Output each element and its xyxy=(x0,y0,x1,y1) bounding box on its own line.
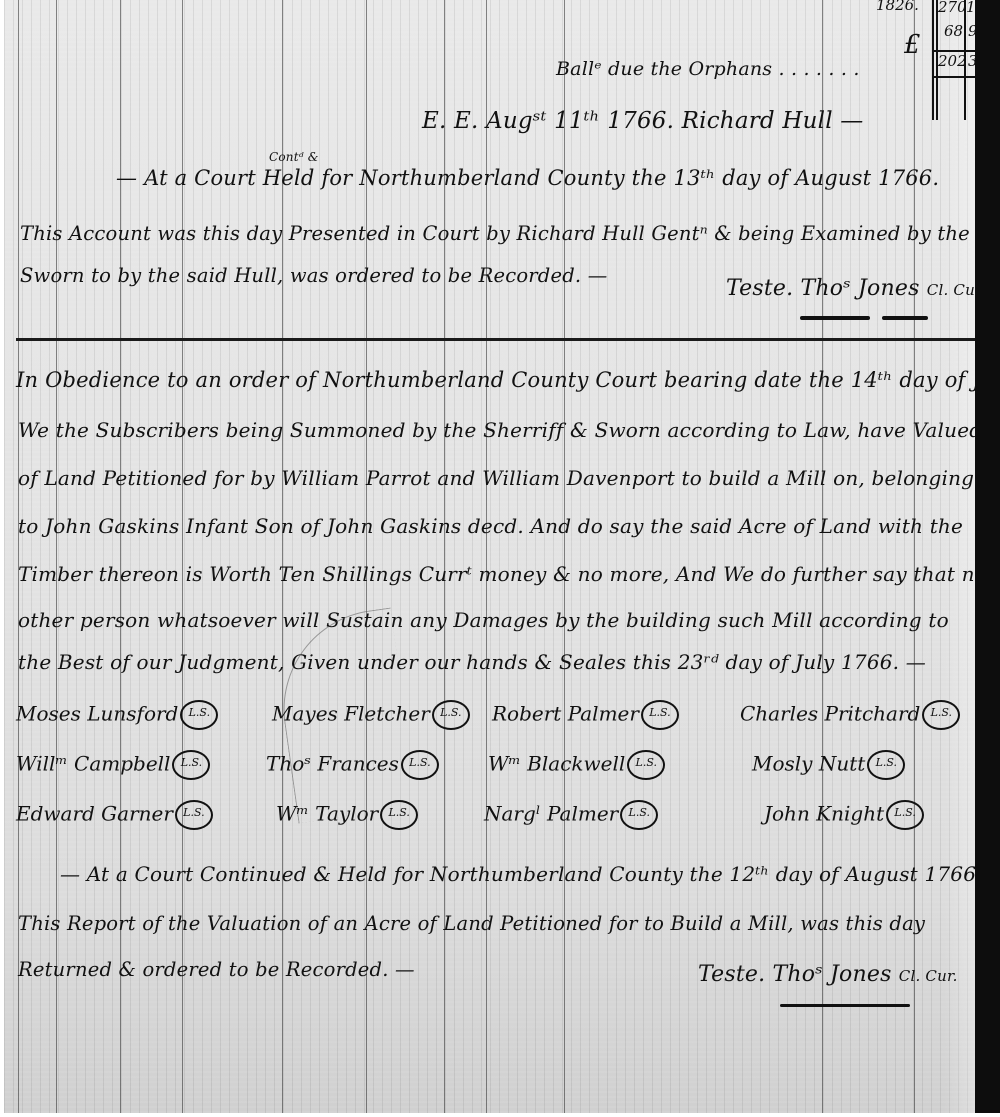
return-body-line: This Report of the Valuation of an Acre … xyxy=(18,912,925,935)
ruling-line xyxy=(56,0,57,1113)
signatory: Wᵐ TaylorL.S. xyxy=(276,800,420,830)
signatory: Mayes FletcherL.S. xyxy=(272,700,472,730)
clerk-title: Cl. Cur. xyxy=(927,281,975,299)
scan-edge xyxy=(975,0,1000,1113)
signature-flourish xyxy=(780,1004,910,1007)
seal-icon: L.S. xyxy=(886,800,924,830)
valuation-line: We the Subscribers being Summoned by the… xyxy=(18,418,975,442)
valuation-line: In Obedience to an order of Northumberla… xyxy=(16,368,975,392)
manuscript-page: 1826. 270 12 68 9 202 3 £ Ballᵉ due the … xyxy=(4,0,975,1113)
ledger-corner: 1826. 270 12 68 9 202 3 £ xyxy=(876,0,975,120)
signatory: Nargˡ PalmerL.S. xyxy=(484,800,660,830)
ledger-shillings: 3 xyxy=(968,52,975,70)
signatory: Wᵐ BlackwellL.S. xyxy=(488,750,667,780)
valuation-line: of Land Petitioned for by William Parrot… xyxy=(18,466,974,490)
clerk-title: Cl. Cur. xyxy=(899,967,958,985)
signatory: Moses LunsfordL.S. xyxy=(16,700,220,730)
signatory-row: Moses LunsfordL.S. Mayes FletcherL.S. Ro… xyxy=(4,700,975,734)
seal-icon: L.S. xyxy=(641,700,679,730)
clerk-name: Thoˢ Jones xyxy=(773,962,892,987)
court-line: — At a Court Held for Northumberland Cou… xyxy=(116,166,939,190)
account-body-line: Sworn to by the said Hull, was ordered t… xyxy=(20,264,607,287)
seal-icon: L.S. xyxy=(401,750,439,780)
teste-label: Teste. xyxy=(698,962,765,987)
ledger-shillings: 12 xyxy=(966,0,975,16)
ledger-pounds: 270 xyxy=(938,0,967,16)
pound-sign-icon: £ xyxy=(904,30,921,60)
seal-icon: L.S. xyxy=(627,750,665,780)
seal-icon: L.S. xyxy=(867,750,905,780)
signatory: Thoˢ FrancesL.S. xyxy=(266,750,441,780)
signatory: Robert PalmerL.S. xyxy=(492,700,681,730)
section-divider xyxy=(16,338,975,341)
attestation: Teste. Thoˢ Jones Cl. Cur. xyxy=(698,962,958,987)
ledger-label: 1826. xyxy=(876,0,919,14)
signatory-row: Willᵐ CampbellL.S. Thoˢ FrancesL.S. Wᵐ B… xyxy=(4,750,975,784)
signatory-row: Edward GarnerL.S. Wᵐ TaylorL.S. Nargˡ Pa… xyxy=(4,800,975,834)
account-body-line: This Account was this day Presented in C… xyxy=(20,222,975,245)
seal-icon: L.S. xyxy=(180,700,218,730)
signatory: Mosly NuttL.S. xyxy=(752,750,907,780)
seal-icon: L.S. xyxy=(172,750,210,780)
ledger-shillings: 9 xyxy=(968,22,975,40)
page-edge-highlight xyxy=(944,0,975,1113)
seal-icon: L.S. xyxy=(175,800,213,830)
balance-line: Ballᵉ due the Orphans . . . . . . . xyxy=(556,58,860,80)
seal-icon: L.S. xyxy=(380,800,418,830)
caret-note: Contᵈ & xyxy=(269,150,319,164)
seal-icon: L.S. xyxy=(432,700,470,730)
valuation-line: to John Gaskins Infant Son of John Gaski… xyxy=(18,514,963,538)
signature-flourish xyxy=(800,316,870,320)
signatory: Charles PritchardL.S. xyxy=(740,700,962,730)
ruling-line xyxy=(18,0,19,1113)
attestation: Teste. Thoˢ Jones Cl. Cur. xyxy=(726,276,975,301)
clerk-name: Thoˢ Jones xyxy=(801,276,920,301)
signed-line: E. E. Augˢᵗ 11ᵗʰ 1766. Richard Hull — xyxy=(422,108,863,134)
signature-flourish xyxy=(882,316,928,320)
return-body-line: Returned & ordered to be Recorded. — xyxy=(18,958,415,981)
signatory: John KnightL.S. xyxy=(764,800,926,830)
court-line: — At a Court Continued & Held for Northu… xyxy=(60,862,975,886)
valuation-line: the Best of our Judgment, Given under ou… xyxy=(18,650,926,674)
seal-icon: L.S. xyxy=(922,700,960,730)
ledger-pounds: 68 xyxy=(944,22,963,40)
signatory: Edward GarnerL.S. xyxy=(16,800,215,830)
valuation-line: other person whatsoever will Sustain any… xyxy=(18,608,949,632)
valuation-line: Timber thereon is Worth Ten Shillings Cu… xyxy=(18,562,975,586)
signatory: Willᵐ CampbellL.S. xyxy=(16,750,212,780)
teste-label: Teste. xyxy=(726,276,793,301)
seal-icon: L.S. xyxy=(620,800,658,830)
ledger-pounds: 202 xyxy=(938,52,967,70)
